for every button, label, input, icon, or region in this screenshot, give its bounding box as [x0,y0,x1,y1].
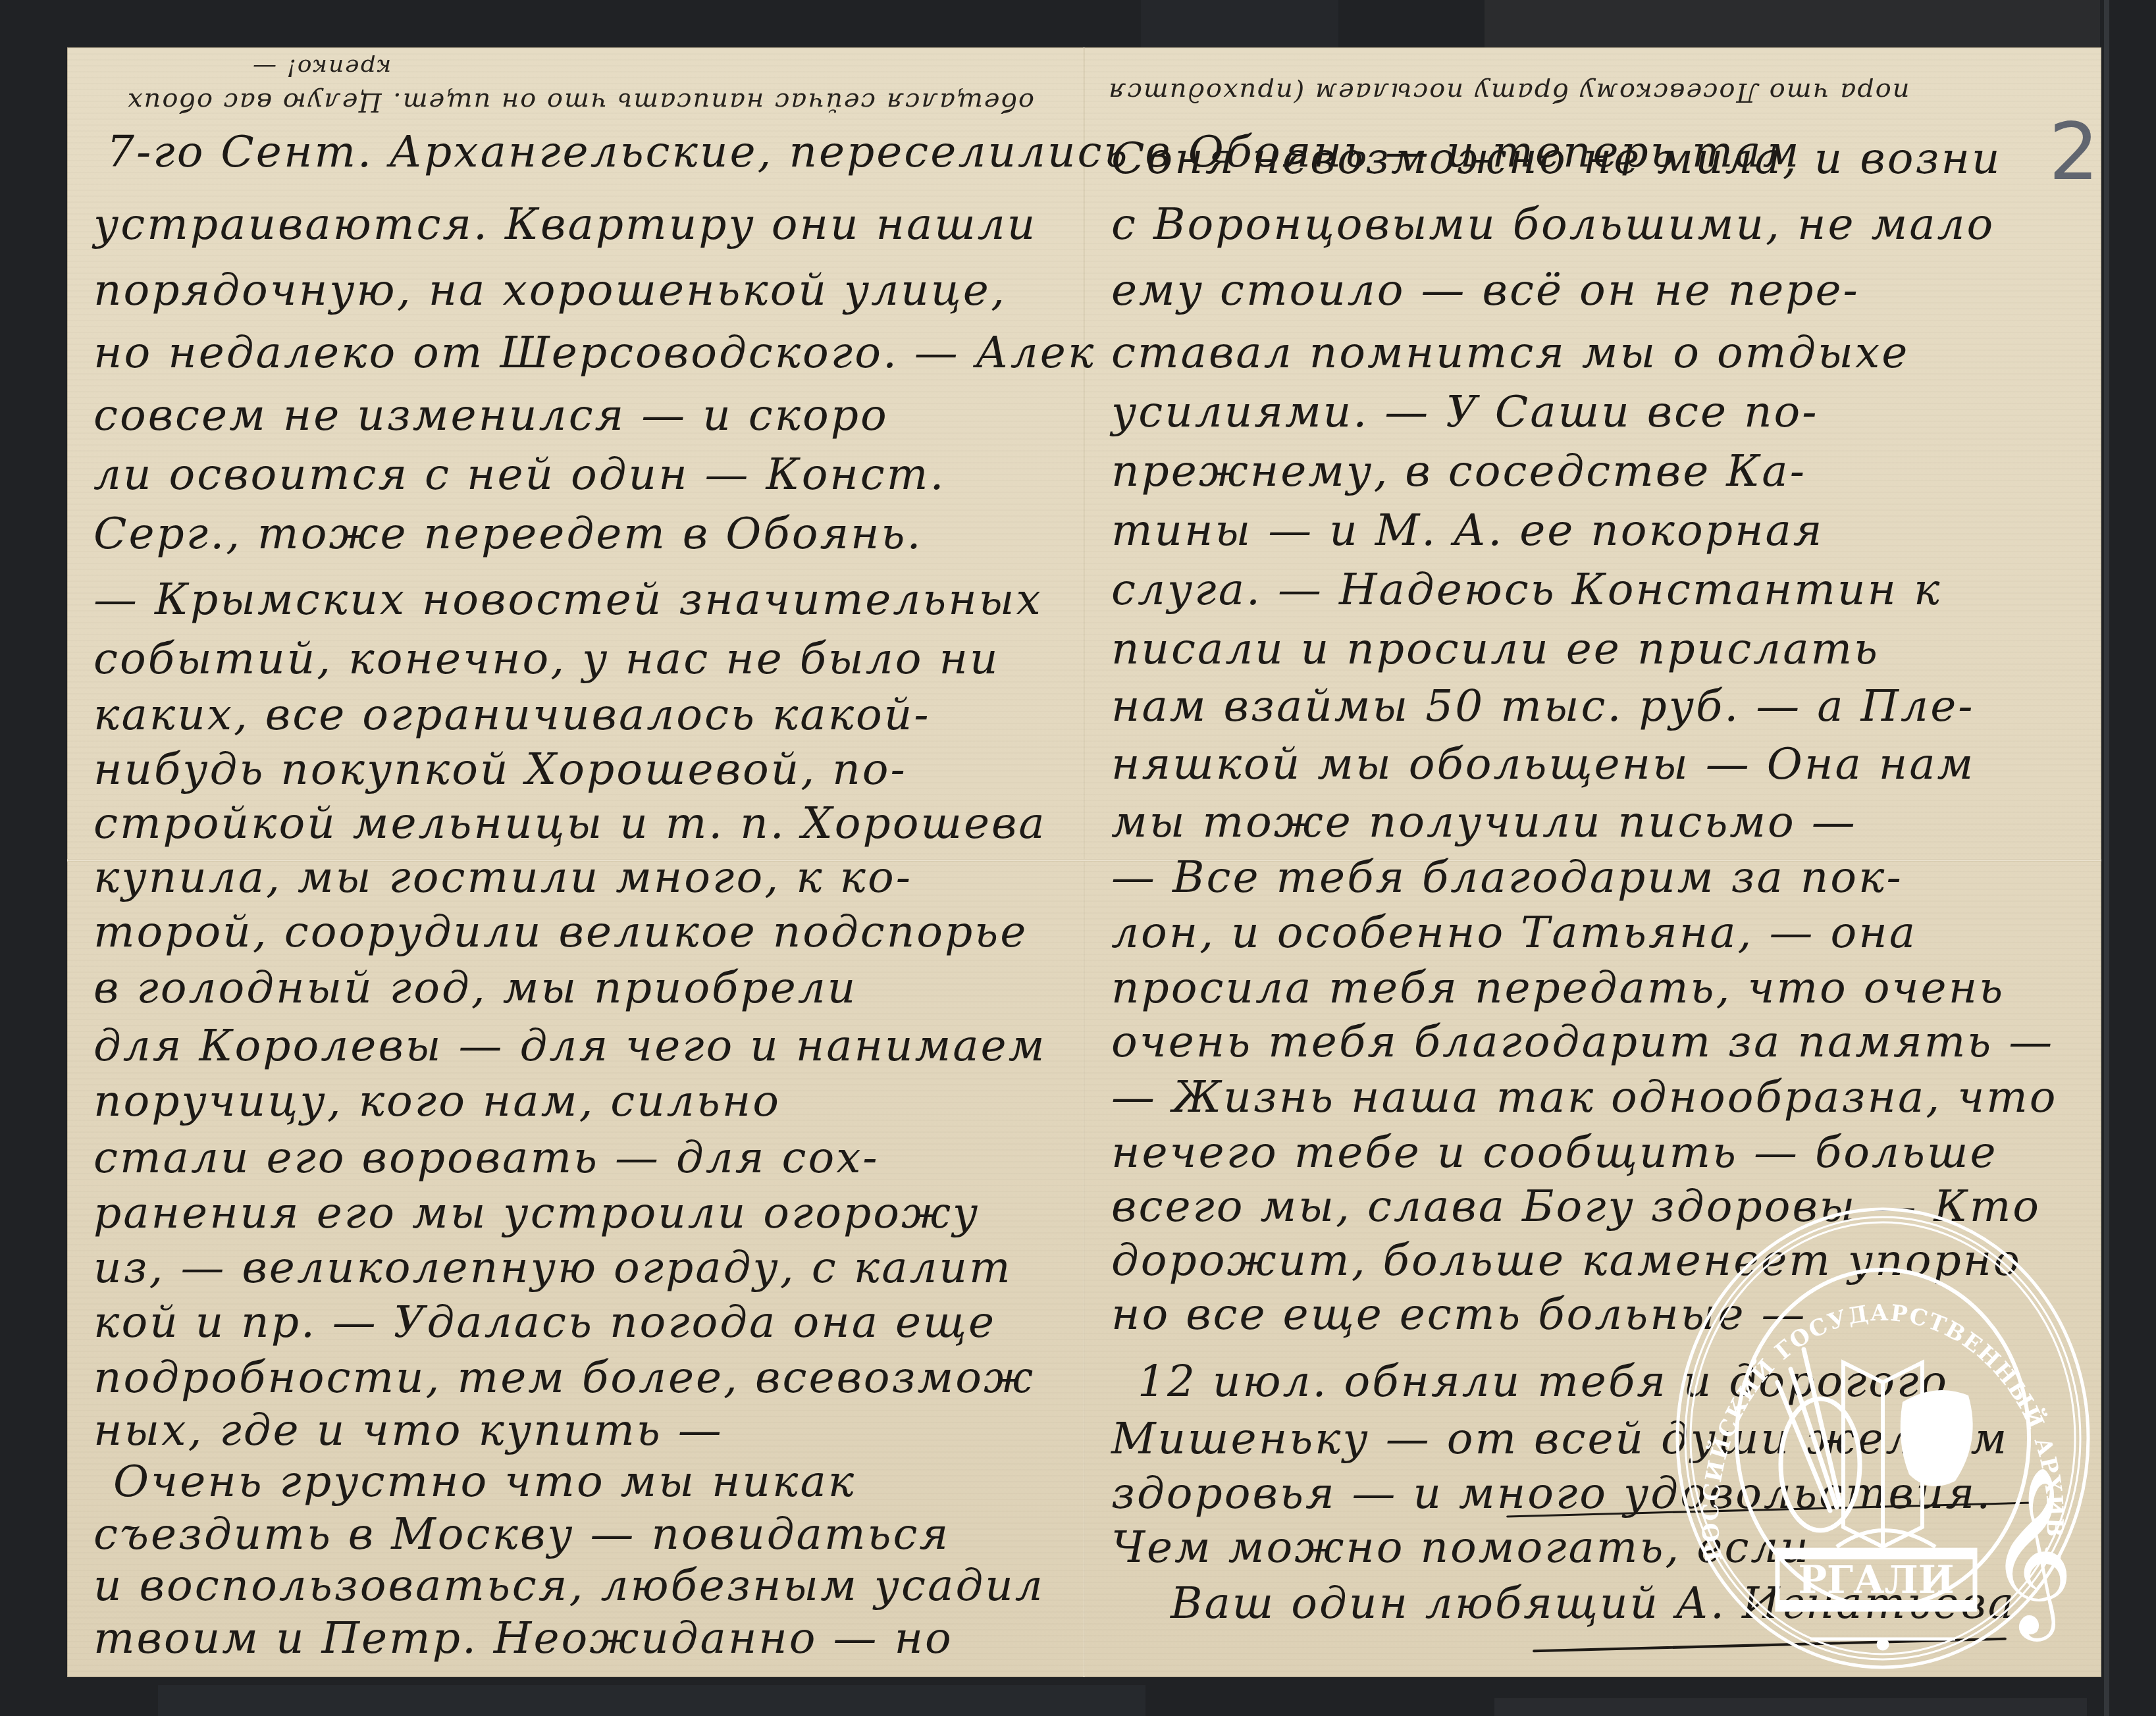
text-line: поручицу, кого нам, сильно [93,1076,781,1126]
text-line: очень тебя благодарит за память — [1111,1016,2054,1067]
text-line: ли освоится с ней один — Конст. [93,449,945,500]
pencil-page-number: 2 [2049,107,2099,198]
text-line: тины — и М. А. ее покорная [1111,505,1824,556]
text-line: ранения его мы устроили огорожу [93,1187,980,1238]
mount-strip-bottom-right [1494,1698,2087,1716]
text-line: твоим и Петр. Неожиданно — но [93,1613,953,1663]
text-line: слуга. — Надеюсь Константин к [1111,564,1941,615]
text-line: событий, конечно, у нас не было ни [93,633,1000,684]
text-line: нам взаймы 50 тыс. руб. — а Пле- [1111,681,1975,731]
text-line: — Все тебя благодарим за пок- [1111,852,1903,902]
text-line: купила, мы гостили много, к ко- [93,852,912,902]
text-line: Соня невозможно не мила, и возни [1111,133,2001,184]
text-line: ных, где и что купить — [93,1405,723,1455]
left-page: 7-го Сент. Архангельские, переселились в… [67,47,1083,1677]
text-line: устраиваются. Квартиру они нашли [93,199,1037,249]
mount-strip-top-right [1485,0,2100,53]
stamp-emblem-icon: РОССИЙСКИЙ ГОСУДАРСТВЕННЫЙ АРХИВ ЛИТЕРАТ… [1672,1205,2093,1672]
text-line: усилиями. — У Саши все по- [1111,386,1819,437]
text-line: каких, все ограничивалось какой- [93,689,931,740]
text-line: в голодный год, мы приобрели [93,962,857,1013]
text-line: торой, соорудили великое подспорье [93,906,1028,957]
text-line: — Жизнь наша так однообразна, что [1111,1072,2058,1122]
rgali-archive-stamp: РОССИЙСКИЙ ГОСУДАРСТВЕННЫЙ АРХИВ ЛИТЕРАТ… [1672,1205,2093,1672]
text-line: подробности, тем более, всевозмож [93,1352,1035,1403]
text-line: стали его воровать — для сох- [93,1132,880,1183]
text-line: лон, и особенно Татьяна, — она [1111,907,1917,958]
text-line: нечего тебе и сообщить — больше [1111,1127,1997,1178]
mount-edge-right [2104,0,2109,1716]
text-line: — Крымских новостей значительных [93,574,1043,625]
mount-strip-bottom [158,1685,1145,1716]
text-line: Очень грустно что мы никак [113,1456,856,1507]
text-line: просила тебя передать, что очень [1111,962,2005,1013]
text-line: ему стоило — всё он не пере- [1111,265,1860,315]
text-line: совсем не изменился — и скоро [93,390,889,440]
treble-clef-icon: 𝄞 [1988,1465,2074,1642]
text-line: стройкой мельницы и т. п. Хорошева [93,798,1047,848]
text-line: ставал помнится мы о отдыхе [1111,327,1909,378]
text-line: съездить в Москву — повидаться [93,1509,950,1559]
text-line: для Королевы — для чего и нанимаем [93,1020,1046,1071]
text-line: Серг., тоже переедет в Обоянь. [93,508,922,559]
text-line: писали и просили ее прислать [1111,623,1880,674]
text-line: но недалеко от Шерсоводского. — Алек [93,327,1095,378]
text-line: няшкой мы обольщены — Она нам [1111,739,1975,789]
text-line: из, — великолепную ограду, с калит [93,1242,1012,1293]
text-line: порядочную, на хорошенькой улице, [93,265,1007,315]
svg-text:РГАЛИ: РГАЛИ [1799,1557,1955,1602]
theatre-mask-icon [1901,1390,1973,1486]
text-line: кой и пр. — Удалась погода она еще [93,1297,996,1347]
text-line: нибудь покупкой Хорошевой, по- [93,744,907,794]
text-line: и воспользоваться, любезным усадил [93,1560,1045,1611]
text-line: прежнему, в соседстве Ка- [1111,446,1806,496]
mount-strip-top [1141,0,1338,49]
text-line: с Воронцовыми большими, не мало [1111,199,1995,249]
text-line: мы тоже получили письмо — [1111,796,1857,847]
